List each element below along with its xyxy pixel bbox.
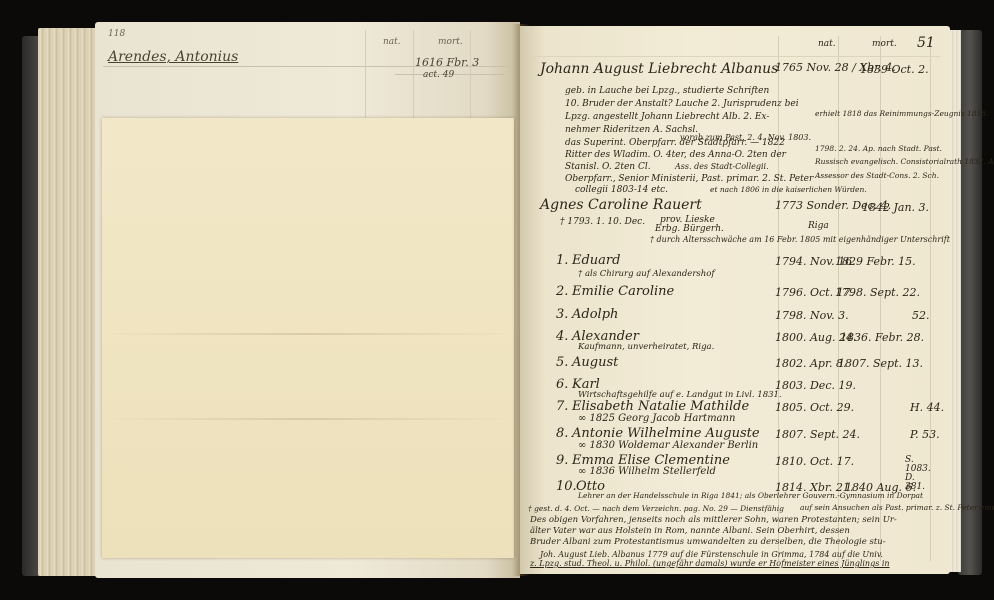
child-number: 9. [556,454,568,467]
child-note: Lehrer an der Handelsschule in Riga 1841… [578,492,923,500]
child-name: Adolph [572,308,618,321]
list-item: 6. Karl 1803. Dec. 19. Wirtschaftsgehilf… [520,378,950,398]
child-name: August [572,356,618,369]
child-note: Kaufmann, unverheiratet, Riga. [578,343,714,352]
list-item: 2. Emilie Caroline 1796. Oct. 17. 1798. … [520,285,950,305]
child-death: 1836. Febr. 28. [840,332,924,343]
left-header-name: Arendes, Antonius [108,50,238,64]
child-number: 10. [556,480,577,493]
child-name: Elisabeth Natalie Mathilde [572,400,749,413]
left-header-date: 1616 Fbr. 3 [415,57,479,68]
list-item: 7. Elisabeth Natalie Mathilde 1805. Oct.… [520,400,950,420]
page-edges-left [38,28,102,576]
signature-line: Joh. August Lieb. Albanus 1779 auf die F… [540,551,883,559]
child-death: 1807. Sept. 13. [838,358,923,369]
list-item: 8. Antonie Wilhelmine Auguste 1807. Sept… [520,427,950,447]
list-item: 1. Eduard 1794. Nov. 16. 1829 Febr. 15. … [520,254,950,274]
left-header-note: act. 49 [423,71,454,80]
child-reference: H. 44. [910,402,944,413]
list-item: 4. Alexander 1800. Aug. 24. 1836. Febr. … [520,330,950,350]
child-spouse: ∞ 1836 Wilhelm Stellerfeld [578,467,716,477]
left-header-col-nat: nat. [383,38,401,47]
signature-line: z. Lpzg. stud. Theol. u. Philol. (ungefä… [530,560,890,568]
child-birth: 1802. Apr. 8. [775,358,847,369]
child-number: 3. [556,308,568,321]
list-item: 9. Emma Elise Clementine 1810. Oct. 17. … [520,454,950,474]
child-spouse: ∞ 1830 Woldemar Alexander Berlin [578,441,758,451]
list-item: 10. Otto 1814. Xbr. 21. 1840 Aug. 6. Leh… [520,480,950,500]
child-birth: 1798. Nov. 3. [775,310,849,321]
narrative-line: älter Vater war aus Holstein in Rom, nan… [530,527,850,536]
child-number: 5. [556,356,568,369]
child-birth: 1803. Dec. 19. [775,380,856,391]
child-name: Antonie Wilhelmine Auguste [572,427,760,440]
child-number: 6. [556,378,568,391]
child-number: 7. [556,400,568,413]
column-rule [470,30,471,120]
child-death: 1829 Febr. 15. [835,256,916,267]
child-number: 1. [556,254,568,267]
footer-line: † gest. d. 4. Oct. — nach dem Verzeichn.… [528,505,784,513]
child-name: Emilie Caroline [572,285,674,298]
child-name: Eduard [572,254,620,267]
footer-side-note: auf sein Ansuchen als Past. primar. z. S… [800,504,994,512]
left-corner-mark: 118 [108,30,125,39]
sheet-fold [102,418,514,420]
child-birth: 1807. Sept. 24. [775,429,860,440]
child-number: 2. [556,285,568,298]
inserted-loose-sheet [102,118,514,558]
child-note: † als Chirurg auf Alexandershof [578,270,715,279]
left-header-col-mort: mort. [438,38,463,47]
child-birth: 1810. Oct. 17. [775,456,854,467]
child-number: 8. [556,427,568,440]
child-spouse: ∞ 1825 Georg Jacob Hartmann [578,414,735,424]
narrative-line: Des obigen Vorfahren, jenseits noch als … [530,516,897,525]
child-reference: P. 53. [910,429,940,440]
list-item: 5. August 1802. Apr. 8. 1807. Sept. 13. [520,356,950,376]
column-rule [365,30,366,120]
book-photograph: 118 nat. mort. Arendes, Antonius 1616 Fb… [0,0,994,600]
list-item: 3. Adolph 1798. Nov. 3. 52. [520,308,950,328]
narrative-line: Bruder Albani zum Protestantismus umwand… [530,538,886,547]
sheet-fold [102,333,514,335]
child-number: 4. [556,330,568,343]
child-reference: 52. [912,310,930,321]
child-death: 1798. Sept. 22. [835,287,920,298]
child-birth: 1805. Oct. 29. [775,402,854,413]
column-rule [413,30,414,120]
